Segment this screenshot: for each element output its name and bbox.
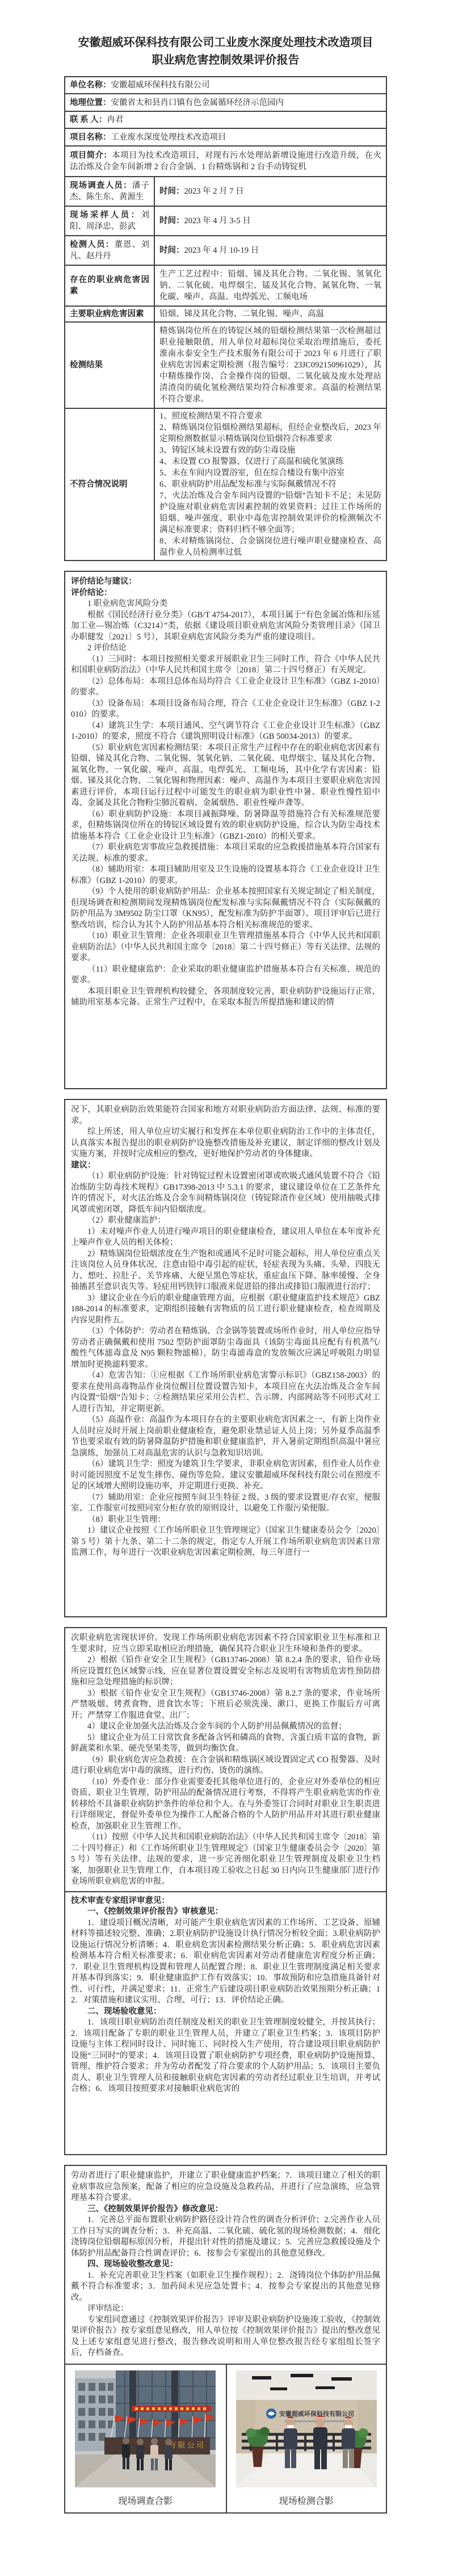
- table-row: 现场调查人员：潘子杰、陈生东、黄源生 时间：2023 年 2 月 7 日: [65, 177, 386, 206]
- paragraph: （10）外委作业：部分作业需要委托其他单位进行的，企业应对外委单位的相应资质、职…: [71, 1777, 380, 1833]
- expert-review-section: 技术审查专家组评审意见：一、《控制效果评价报告》审核意见：1．建设项目概况清晰，…: [65, 1891, 386, 2095]
- paragraph: 评价结论：: [71, 588, 380, 599]
- paragraph: （3）个体防护：劳动者在精炼锅、合金锅等装置或场所作业时，用人单位应指导劳动者正…: [71, 1326, 380, 1370]
- noncompliance-item: 7、火法冶炼及合金车间内设置的“铅烟”告知卡不足；未见防护设施对职业病危害因素控…: [159, 490, 381, 536]
- noncompliance-list: 1、照度检测结果不符合要求2、精炼锅岗位铅烟检测结果超标，但经企业整改后，202…: [159, 411, 381, 558]
- paragraph: 1）建议企业按照《工作场所职业卫生管理规定》（国家卫生健康委员会令〔2020〕第…: [71, 1525, 380, 1559]
- paragraph: 建议：: [71, 1160, 380, 1172]
- photo-row: 有 限 公 司 现场调查合影: [65, 2364, 386, 2513]
- paragraph: （11）按照《中华人民共和国职业病防治法》（中华人民共和国主席令〔2018〕第二…: [71, 1832, 380, 1888]
- table-row: 项目简介：本项目为技术改造项目，对现有污水处理站新增设施进行改造升级，在火法冶炼…: [65, 146, 386, 177]
- paragraph: （1）职业病防护设施：针对铸锭过程未设置密闭罩或吹吸式通风装置不符合《铅冶炼防尘…: [71, 1171, 380, 1215]
- field-value: 安徽省太和县肖口镇有色金属循环经济示范园内: [111, 98, 284, 107]
- field-value: 本项目为技术改造项目，对现有污水处理站新增设施进行改造升级，在火法冶炼及合金车间…: [70, 151, 381, 172]
- table-row: 检测人员：董恩、刘凡、赵丹丹 时间：2023 年 4 月 10-19 日: [65, 236, 386, 265]
- role-label: 检测人员：: [70, 240, 114, 249]
- paragraph: 2）根据《铅作业安全卫生规程》（GB13746-2008）第 8.2.4 条的要…: [71, 1655, 380, 1688]
- table-row: 地理位置：安徽省太和县肖口镇有色金属循环经济示范园内: [65, 94, 386, 111]
- paragraph: 综上所述，用人单位应切实履行和发挥在本单位职业病防治工作中的主体责任，认真落实本…: [71, 1127, 380, 1160]
- table-row: 检测结果 精炼锅岗位所在的铸锭区域的铅烟检测结果第一次检测超过职业接触限值，用人…: [65, 322, 386, 408]
- time-value: 2023 年 4 月 3-5 日: [184, 216, 251, 225]
- time-value: 2023 年 4 月 10-19 日: [184, 246, 259, 255]
- field-label: 项目名称：: [70, 133, 111, 142]
- table-row: 存在的职业病危害因素 生产工艺过程中：铅烟、锑及其化合物、二氧化锡、氢氧化钠、二…: [65, 265, 386, 306]
- photo-caption: 现场调查合影: [70, 2495, 221, 2508]
- paragraph: 2）精炼锅岗位铅烟浓度在生产饱和或通风不足时可能会超标，用人单位应重点关注该岗位…: [71, 1249, 380, 1293]
- field-label: 单位名称：: [70, 81, 111, 90]
- paragraph: 1．完善总平面布置职业病防护路径设计符合性的调查分析评价；2.完善作业人员工作日…: [71, 2215, 380, 2259]
- table-row: 现场采样人员：刘阳、周泽忠、彭武 时间：2023 年 4 月 3-5 日: [65, 206, 386, 236]
- paragraph: 3）根据《铅作业安全卫生规程》（GB13746-2008）第 8.2.7 条的要…: [71, 1688, 380, 1722]
- paragraph: （4）危害告知：①应根据《工作场所职业病危害警示标识》（GBZ158-2003）…: [71, 1370, 380, 1415]
- survey-photo-cell: 有 限 公 司 现场调查合影: [65, 2365, 226, 2513]
- paragraph: 劳动者进行了职业健康监护，并建立了职业健康监护档案；7．该项目建立了相关的职业病…: [71, 2171, 380, 2204]
- paragraph: 三、《控制效果评价报告》修改意见：: [71, 2204, 380, 2215]
- field-value: 冉君: [107, 115, 123, 124]
- paragraph: 四、现场验收整改意见：: [71, 2259, 380, 2270]
- paragraph: （8）职业卫生管理：: [71, 1515, 380, 1526]
- noncompliance-item: 5、未在车间内设置浴室，但在综合楼设有集中浴室: [159, 467, 381, 479]
- paragraph: 5）建议企业为员工日常饮食多配备含钙和磷高的食物、含蛋白质丰富的食物，新鲜蔬菜和…: [71, 1733, 380, 1755]
- photo-caption: 现场检测合影: [232, 2495, 382, 2508]
- conclusion-box-page1: 评价结论与建议：评价结论：1 职业病危害风险分类根据《国民经济行业分类》（GB/…: [64, 571, 387, 1089]
- time-label: 时间：: [159, 216, 184, 225]
- paragraph: （1）三同时：本项目按照相关要求开展职业卫生三同时工作，符合《中华人民共和国职业…: [71, 654, 380, 676]
- factor-label: 主要职业病危害因素: [65, 306, 154, 322]
- table-row: 不符合情况说明 1、照度检测结果不符合要求2、精炼锅岗位铅烟检测结果超标，但经企…: [65, 408, 386, 561]
- paragraph: （10）职业卫生管理：企业各项职业卫生管理措施基本符合《中华人民共和国职业病防治…: [71, 931, 380, 964]
- factor-value: 精炼锅岗位所在的铸锭区域的铅烟检测结果第一次检测超过职业接触限值，用人单位对超标…: [154, 322, 386, 408]
- suggestions-continued: 次职业病危害现状评价。发现工作场所职业病危害因素不符合国家职业卫生标准和卫生要求…: [71, 1633, 380, 1888]
- table-row: 主要职业病危害因素 铅烟、锑及其化合物、二氧化锡、噪声、高温: [65, 306, 386, 322]
- report-title: 安徽超威环保科技有限公司工业废水深度处理技术改造项目 职业病危害控制效果评价报告: [64, 34, 387, 69]
- factor-label: 存在的职业病危害因素: [65, 265, 154, 306]
- field-value: 工业废水深度处理技术改造项目: [111, 133, 226, 142]
- paragraph: （9）个人使用的职业病防护用品：企业基本按照国家有关规定制定了相关制度，但现场调…: [71, 886, 380, 931]
- paragraph: 技术审查专家组评审意见：: [71, 1896, 380, 1907]
- paragraph: （6）建筑卫生学：照度为建筑卫生学要求，非职业病危害因素，但作业人员作业时可能因…: [71, 1459, 380, 1492]
- inspection-photo: 安徽超威环保科技有限公司: [236, 2370, 377, 2487]
- survey-photo: 有 限 公 司: [75, 2370, 216, 2487]
- role-label: 现场调查人员：: [70, 181, 132, 190]
- inspection-photo-cell: 安徽超威环保科技有限公司: [226, 2365, 386, 2513]
- paragraph: （2）职业健康监护：: [71, 1215, 380, 1227]
- noncompliance-item: 6、职业病防护用品配发标准与实际佩戴情况不符: [159, 479, 381, 490]
- paragraph: （8）辅助用室：本项目辅助用室及卫生设施的设置基本符合《工业企业设计卫生标准》（…: [71, 864, 380, 886]
- paragraph: 本项目职业卫生管理机构较健全，各项制度较完善，职业病防护设施运行正常，辅助用室基…: [71, 986, 380, 1009]
- time-value: 2023 年 2 月 7 日: [184, 187, 244, 196]
- noncompliance-item: 2、精炼锅岗位铅烟检测结果超标，但经企业整改后，2023 年定期检测数据显示精炼…: [159, 422, 381, 445]
- survey-photo-illustration: 有 限 公 司: [75, 2370, 216, 2487]
- project-info-table: 单位名称：安徽超威环保科技有限公司 地理位置：安徽省太和县肖口镇有色金属循环经济…: [64, 76, 387, 561]
- paragraph: （5）高温作业：高温作为本项目存在的主要职业病危害因素之一，有新上岗作业人员时应…: [71, 1415, 380, 1459]
- field-label: 地理位置：: [70, 98, 111, 107]
- noncompliance-item: 4、未设置 CO 报警器、仅进行了高温和硫化氢演练: [159, 456, 381, 467]
- table-row: 联 系 人：冉君: [65, 111, 386, 128]
- noncompliance-item: 8、未对精炼锅岗位、合金锅岗位进行噪声职业健康检查、高温作业人员检测率过低: [159, 536, 381, 558]
- conclusion-box-page3: 次职业病危害现状评价。发现工作场所职业病危害因素不符合国家职业卫生标准和卫生要求…: [64, 1627, 387, 2155]
- svg-text:安徽超威环保科技有限公司: 安徽超威环保科技有限公司: [279, 2410, 354, 2418]
- report-title-line2: 职业病危害控制效果评价报告: [64, 52, 387, 69]
- paragraph: （6）职业病防护设施：本项目减振降噪、防暑降温等措施符合有关标准规范要求，但精炼…: [71, 809, 380, 843]
- table-row: 项目名称：工业废水深度处理技术改造项目: [65, 128, 386, 146]
- time-label: 时间：: [159, 246, 184, 255]
- paragraph: 况下，其职业病防治效果能符合国家和地方对职业病防治方面法律、法规、标准的要求。: [71, 1105, 380, 1127]
- field-value: 安徽超威环保科技有限公司: [111, 81, 210, 90]
- time-label: 时间：: [159, 187, 184, 196]
- paragraph: 1）未对噪声作业人员进行噪声项目的职业健康检查，建议用人单位在本年度补充上噪声作…: [71, 1227, 380, 1249]
- paragraph: （7）辅助用室：企业应按照车间卫生特征 2 级、3 级的要求设置更/存衣室，便服…: [71, 1492, 380, 1515]
- paragraph: （3）设备布局：本项目设备布局合理，符合《工业企业设计卫生标准》（GBZ 1-2…: [71, 699, 380, 721]
- noncompliance-item: 3、铸锭区域未设置有效的防尘毒设施: [159, 445, 381, 456]
- paragraph: （9）职业病危害应急救援：在合金锅和精炼锅区域设置固定式 CO 报警器。及时进行…: [71, 1755, 380, 1777]
- paragraph: 1．补充完善职业卫生档案（如职业卫生操作规程）；2．浇铸岗位个体防护用品佩戴不符…: [71, 2270, 380, 2304]
- conclusion-box-page2: 况下，其职业病防治效果能符合国家和地方对职业病防治方面法律、法规、标准的要求。综…: [64, 1099, 387, 1617]
- paragraph: 3）建议企业在今后的职业健康管理方面，应根据《职业健康监护技术规范》GBZ 18…: [71, 1293, 380, 1327]
- report-title-line1: 安徽超威环保科技有限公司工业废水深度处理技术改造项目: [64, 34, 387, 52]
- paragraph: 次职业病危害现状评价。发现工作场所职业病危害因素不符合国家职业卫生标准和卫生要求…: [71, 1633, 380, 1655]
- paragraph: 1 职业病危害风险分类: [71, 599, 380, 610]
- role-label: 现场采样人员：: [70, 211, 141, 220]
- paragraph: 专家组同意通过《控制效果评价报告》评审及职业病防护设施竣工验收，《控制效果评价报…: [71, 2315, 380, 2359]
- factor-label: 检测结果: [65, 322, 154, 408]
- factor-value: 铅烟、锑及其化合物、二氧化锡、噪声、高温: [154, 306, 386, 322]
- factor-value: 生产工艺过程中：铅烟、锑及其化合物、二氧化锡、氢氧化钠、二氧化硫、电焊烟尘、锰及…: [154, 265, 386, 306]
- paragraph: 2 评价结论: [71, 643, 380, 654]
- paragraph: 1．该项目职业病防治责任制度及相关的职业卫生管理制度较健全，并按其执行；2．该项…: [71, 2017, 380, 2095]
- review-continued: 劳动者进行了职业健康监护，并建立了职业健康监护档案；7．该项目建立了相关的职业病…: [71, 2171, 380, 2359]
- noncompliance-item: 1、照度检测结果不符合要求: [159, 411, 381, 422]
- paragraph: （4）建筑卫生学：本项目通风、空气调节符合《工业企业设计卫生标准》（GBZ 1-…: [71, 721, 380, 743]
- paragraph: 评审结论：: [71, 2303, 380, 2315]
- inspection-photo-illustration: 安徽超威环保科技有限公司: [236, 2370, 377, 2487]
- noncompliance-label: 不符合情况说明: [65, 408, 154, 561]
- field-label: 项目简介：: [70, 151, 112, 160]
- paragraph: （2）总体布局：本项目总体布局均符合《工业企业设计卫生标准》（GBZ 1-201…: [71, 676, 380, 699]
- field-label: 联 系 人：: [70, 115, 107, 124]
- paragraph: 4）建议企业加强火法冶炼及合金车间的个人防护用品佩戴情况的监督；: [71, 1721, 380, 1733]
- paragraph: 评价结论与建议：: [71, 576, 380, 588]
- paragraph: 一、《控制效果评价报告》审核意见：: [71, 1906, 380, 1918]
- conclusion-box-page4: 劳动者进行了职业健康监护，并建立了职业健康监护档案；7．该项目建立了相关的职业病…: [64, 2165, 387, 2514]
- table-row: 单位名称：安徽超威环保科技有限公司: [65, 77, 386, 94]
- paragraph: （5）职业病危害因素检测结果：本项目正常生产过程中存在的职业病危害因素有铅烟、锑…: [71, 743, 380, 809]
- report-page: 安徽超威环保科技有限公司工业废水深度处理技术改造项目 职业病危害控制效果评价报告…: [0, 0, 450, 2576]
- paragraph: （7）职业病危害事故应急救援措施：本项目采取的应急救援措施基本符合国家有关法规、…: [71, 842, 380, 864]
- paragraph: 1．建设项目概况清晰，对可能产生职业病危害因素的工作场所、工艺设备、原辅材料等描…: [71, 1918, 380, 2006]
- paragraph: 根据《国民经济行业分类》（GB/T 4754-2017），本项目属于“有色金属冶…: [71, 610, 380, 643]
- paragraph: 二、现场验收意见：: [71, 2006, 380, 2018]
- paragraph: （11）职业健康监护：企业采取的职业健康监护措施基本符合有关标准、规范的要求。: [71, 964, 380, 986]
- svg-text:有 限 公 司: 有 限 公 司: [169, 2441, 204, 2449]
